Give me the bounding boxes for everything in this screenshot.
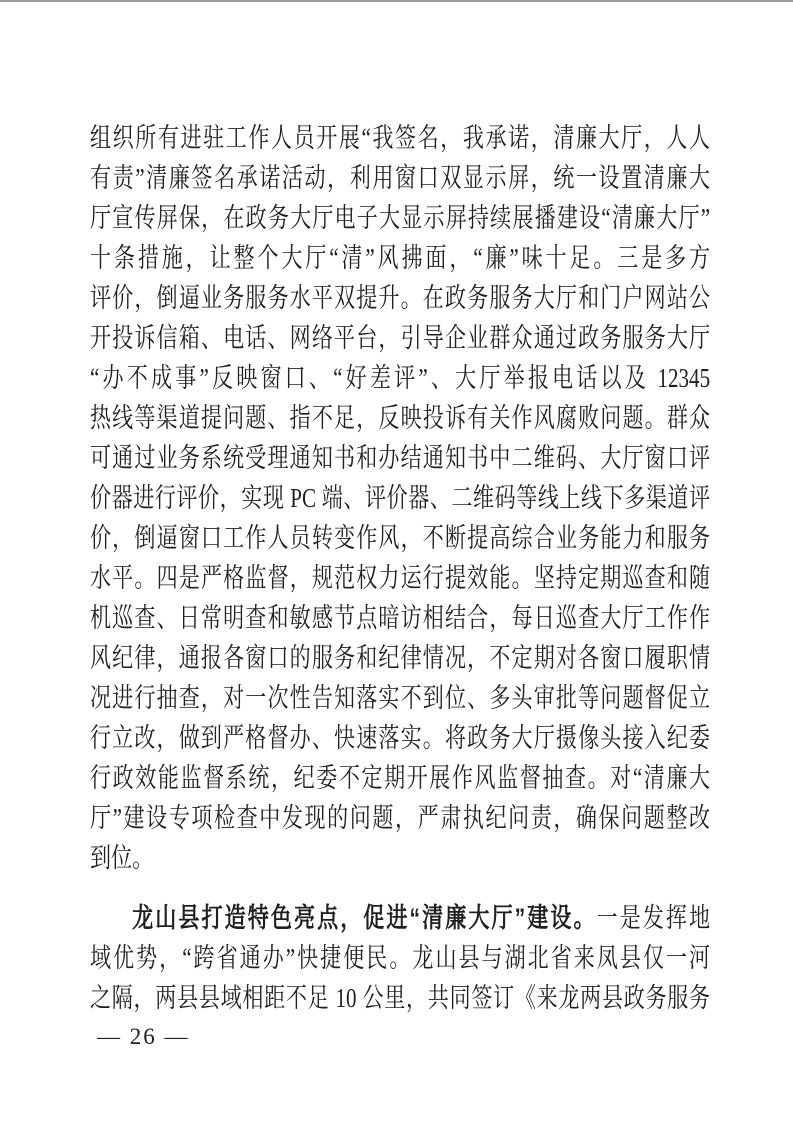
text-line: 行立改，做到严格督办、快速落实。将政务大厅摄像头接入纪委 <box>90 718 710 758</box>
body-text: 风纪律，通报各窗口的服务和纪律情况，不定期对各窗口履职情 <box>90 643 710 673</box>
document-body: 组织所有进驻工作人员开展“我签名，我承诺，清廉大厅，人人有责”清廉签名承诺活动，… <box>90 118 710 1018</box>
body-text: 水平。 <box>90 563 157 593</box>
body-text: 价器进行评价，实现 PC 端、评价器、二维码等线上线下多渠道评 <box>90 483 710 513</box>
text-line: 水平。四是严格监督，规范权力运行提效能。坚持定期巡查和随 <box>90 558 710 598</box>
body-text: 厅”建设专项检查中发现的问题，严肃执纪问责，确保问题整改 <box>90 803 710 833</box>
text-line: 域优势，“跨省通办”快捷便民。龙山县与湖北省来凤县仅一河 <box>90 938 710 978</box>
kaiti-subhead-text: 四是严格监督，规范权力运行提效能。 <box>157 563 534 593</box>
body-text: 有责”清廉签名承诺活动，利用窗口双显示屏，统一设置清廉大 <box>90 163 710 193</box>
text-line: 况进行抽查，对一次性告知落实不到位、多头审批等问题督促立 <box>90 678 710 718</box>
body-text: 价，倒逼窗口工作人员转变作风，不断提高综合业务能力和服务 <box>90 523 710 553</box>
body-text: 机巡查、日常明查和敏感节点暗访相结合，每日巡查大厅工作作 <box>90 603 710 633</box>
body-text: 可通过业务系统受理通知书和办结通知书中二维码、大厅窗口评 <box>90 443 710 473</box>
text-line: 可通过业务系统受理通知书和办结通知书中二维码、大厅窗口评 <box>90 438 710 478</box>
text-line: 有责”清廉签名承诺活动，利用窗口双显示屏，统一设置清廉大 <box>90 158 710 198</box>
paragraph-longshan: 龙山县打造特色亮点，促进“清廉大厅”建设。一是发挥地域优势，“跨省通办”快捷便民… <box>90 898 710 1018</box>
kaiti-subhead-text: 三是多方 <box>617 243 710 273</box>
page-number: — 26 — <box>97 1020 190 1054</box>
body-text: 行立改，做到严格督办、快速落实。将政务大厅摄像头接入纪委 <box>90 723 710 753</box>
text-line: 机巡查、日常明查和敏感节点暗访相结合，每日巡查大厅工作作 <box>90 598 710 638</box>
body-text: 况进行抽查，对一次性告知落实不到位、多头审批等问题督促立 <box>90 683 710 713</box>
document-page: 组织所有进驻工作人员开展“我签名，我承诺，清廉大厅，人人有责”清廉签名承诺活动，… <box>0 0 793 1122</box>
body-text: “办不成事”反映窗口、“好差评”、大厅举报电话以及 12345 <box>90 363 710 393</box>
text-line: 到位。 <box>90 838 710 878</box>
paragraph-continued: 组织所有进驻工作人员开展“我签名，我承诺，清廉大厅，人人有责”清廉签名承诺活动，… <box>90 118 710 878</box>
text-line: 热线等渠道提问题、指不足，反映投诉有关作风腐败问题。群众 <box>90 398 710 438</box>
scan-top-edge <box>0 0 793 2</box>
text-line: 评价，倒逼业务服务水平双提升。在政务服务大厅和门户网站公 <box>90 278 710 318</box>
body-text: 之隔，两县县域相距不足 10 公里，共同签订《来龙两县政务服务 <box>90 983 710 1013</box>
kaiti-subhead-text: 评价，倒逼业务服务水平双提升。 <box>90 283 423 313</box>
text-line: “办不成事”反映窗口、“好差评”、大厅举报电话以及 12345 <box>90 358 710 398</box>
body-text: 热线等渠道提问题、指不足，反映投诉有关作风腐败问题。群众 <box>90 403 710 433</box>
body-text: 行政效能监督系统，纪委不定期开展作风监督抽查。对“清廉大 <box>90 763 710 793</box>
text-line: 价器进行评价，实现 PC 端、评价器、二维码等线上线下多渠道评 <box>90 478 710 518</box>
body-text: 开投诉信箱、电话、网络平台，引导企业群众通过政务服务大厅 <box>90 323 710 353</box>
text-line: 开投诉信箱、电话、网络平台，引导企业群众通过政务服务大厅 <box>90 318 710 358</box>
text-line: 之隔，两县县域相距不足 10 公里，共同签订《来龙两县政务服务 <box>90 978 710 1018</box>
text-line: 十条措施，让整个大厅“清”风拂面，“廉”味十足。三是多方 <box>90 238 710 278</box>
body-text: 厅宣传屏保，在政务大厅电子大显示屏持续展播建设“清廉大厅” <box>90 203 710 233</box>
body-text: 在政务服务大厅和门户网站公 <box>423 283 710 313</box>
text-line: 龙山县打造特色亮点，促进“清廉大厅”建设。一是发挥地 <box>90 898 710 938</box>
text-line: 风纪律，通报各窗口的服务和纪律情况，不定期对各窗口履职情 <box>90 638 710 678</box>
kaiti-subhead-text: 一是发挥地 <box>597 903 711 933</box>
kaiti-subhead-text: 域优势，“跨省通办”快捷便民。 <box>90 943 412 973</box>
body-text: 龙山县与湖北省来凤县仅一河 <box>412 943 710 973</box>
text-line: 厅”建设专项检查中发现的问题，严肃执纪问责，确保问题整改 <box>90 798 710 838</box>
text-line: 行政效能监督系统，纪委不定期开展作风监督抽查。对“清廉大 <box>90 758 710 798</box>
body-text: 组织所有进驻工作人员开展“我签名，我承诺，清廉大厅，人人 <box>90 123 710 153</box>
text-line: 厅宣传屏保，在政务大厅电子大显示屏持续展播建设“清廉大厅” <box>90 198 710 238</box>
text-line: 组织所有进驻工作人员开展“我签名，我承诺，清廉大厅，人人 <box>90 118 710 158</box>
text-line: 价，倒逼窗口工作人员转变作风，不断提高综合业务能力和服务 <box>90 518 710 558</box>
emphasis-bold-text: 龙山县打造特色亮点，促进“清廉大厅”建设。 <box>132 903 596 933</box>
body-text: 十条措施，让整个大厅“清”风拂面，“廉”味十足。 <box>90 243 617 273</box>
body-text: 坚持定期巡查和随 <box>534 563 710 593</box>
body-text: 到位。 <box>90 843 153 873</box>
